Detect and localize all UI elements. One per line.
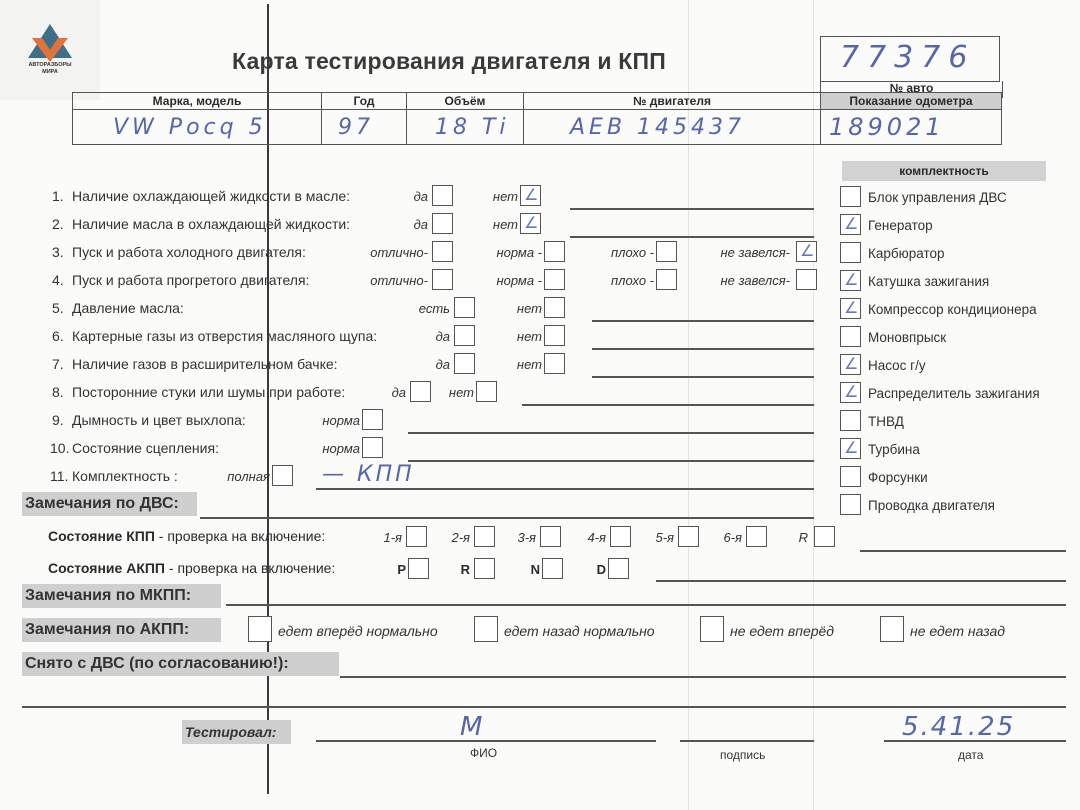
question-label: Наличие газов в расширительном бачке: <box>72 356 338 372</box>
kit-item-label: Форсунки <box>868 470 928 485</box>
make-model-value[interactable]: VW Pocq 5 <box>73 110 322 145</box>
option-checkbox[interactable] <box>454 325 475 346</box>
kit-item-label: Катушка зажигания <box>868 274 989 289</box>
remarks-engine-label: Замечания по ДВС: <box>22 492 197 516</box>
option-label: нет <box>517 301 542 316</box>
kit-item-label: Распределитель зажигания <box>868 386 1040 401</box>
name-line[interactable] <box>316 740 656 742</box>
odometer-value[interactable]: 189021 <box>821 110 1002 145</box>
question-label: Пуск и работа прогретого двигателя: <box>72 272 309 288</box>
option-label: нет <box>449 385 474 400</box>
remarks-auto-label: Замечания по АКПП: <box>22 618 221 642</box>
manual-gearbox-label: Состояние КПП - проверка на включение: <box>48 528 325 544</box>
question-number: 2. <box>52 216 64 232</box>
auto-remark-checkbox[interactable] <box>880 616 904 642</box>
option-checkbox[interactable] <box>544 297 565 318</box>
signature-line[interactable] <box>680 740 814 742</box>
option-checkbox[interactable] <box>362 409 383 430</box>
gear-label: 4-я <box>587 530 606 545</box>
question-label: Картерные газы из отверстия масляного щу… <box>72 328 377 344</box>
option-label: норма - <box>496 273 542 288</box>
kit-checkbox[interactable] <box>840 410 861 431</box>
option-checkbox[interactable] <box>544 269 565 290</box>
auto-remark-label: едет назад нормально <box>504 623 655 639</box>
kit-checkbox[interactable] <box>840 382 861 403</box>
position-checkbox[interactable] <box>408 558 429 579</box>
kit-checkbox[interactable] <box>840 242 861 263</box>
option-label: норма - <box>496 245 542 260</box>
gear-label: R <box>799 530 808 545</box>
auto-gearbox-rest: - проверка на включение: <box>165 560 335 576</box>
question-number: 9. <box>52 412 64 428</box>
kit-checkbox[interactable] <box>840 326 861 347</box>
option-checkbox[interactable] <box>476 381 497 402</box>
option-checkbox[interactable] <box>454 297 475 318</box>
kit-item-label: Блок управления ДВС <box>868 190 1007 205</box>
gear-checkbox[interactable] <box>678 526 699 547</box>
gear-checkbox[interactable] <box>406 526 427 547</box>
option-label: нет <box>517 357 542 372</box>
option-checkbox[interactable] <box>454 353 475 374</box>
question-label: Посторонние стуки или шумы при работе: <box>72 384 345 400</box>
answer-line[interactable] <box>316 488 814 490</box>
position-checkbox[interactable] <box>542 558 563 579</box>
manual-gearbox-bold: Состояние КПП <box>48 528 155 544</box>
auto-remark-label: не едет вперёд <box>730 623 834 639</box>
page-title: Карта тестирования двигателя и КПП <box>232 48 666 75</box>
position-label: N <box>531 562 540 577</box>
option-label: да <box>414 189 428 204</box>
option-label: нет <box>517 329 542 344</box>
option-checkbox[interactable] <box>432 213 453 234</box>
question-label: Пуск и работа холодного двигателя: <box>72 244 306 260</box>
question-label: Давление масла: <box>72 300 184 316</box>
question-number: 7. <box>52 356 64 372</box>
auto-remark-checkbox[interactable] <box>700 616 724 642</box>
remarks-engine-line[interactable] <box>200 517 814 519</box>
question-label: Комплектность : <box>72 468 178 484</box>
gear-checkbox[interactable] <box>814 526 835 547</box>
gear-label: 5-я <box>655 530 674 545</box>
tester-name-value: М <box>460 712 482 742</box>
removed-from-engine-label: Снято с ДВС (по согласованию!): <box>22 652 339 676</box>
question-number: 5. <box>52 300 64 316</box>
auto-gearbox-line[interactable] <box>656 580 1066 582</box>
col-make-model: Марка, модель <box>73 93 322 110</box>
answer-line[interactable] <box>408 432 814 434</box>
answer-line[interactable] <box>592 320 814 322</box>
gear-checkbox[interactable] <box>746 526 767 547</box>
option-checkbox[interactable] <box>432 241 453 262</box>
question-number: 6. <box>52 328 64 344</box>
vehicle-info-table: Марка, модель Год Объём № двигателя Пока… <box>72 92 1002 145</box>
option-checkbox[interactable] <box>656 241 677 262</box>
auto-gearbox-label: Состояние АКПП - проверка на включение: <box>48 560 335 576</box>
kit-item-label: ТНВД <box>868 414 904 429</box>
option-label: нет <box>493 189 518 204</box>
auto-remark-label: не едет назад <box>910 623 1005 639</box>
date-value: 5.41.25 <box>902 712 1015 742</box>
question-label: Дымность и цвет выхлопа: <box>72 412 246 428</box>
kit-item-label: Генератор <box>868 218 933 233</box>
question-number: 1. <box>52 188 64 204</box>
position-label: P <box>397 562 406 577</box>
manual-gearbox-rest: - проверка на включение: <box>155 528 325 544</box>
option-label: плохо - <box>611 245 654 260</box>
kit-checkbox[interactable] <box>840 214 861 235</box>
option-label: да <box>392 385 406 400</box>
logo-text: АВТОРАЗБОРЫ МИРА <box>20 62 80 76</box>
gear-checkbox[interactable] <box>610 526 631 547</box>
auto-remark-checkbox[interactable] <box>474 616 498 642</box>
answer-line[interactable] <box>522 404 814 406</box>
option-label: да <box>436 357 450 372</box>
auto-gearbox-bold: Состояние АКПП <box>48 560 165 576</box>
option-label: да <box>414 217 428 232</box>
kit-item-label: Карбюратор <box>868 246 945 261</box>
question-number: 10. <box>50 440 69 456</box>
answer-line[interactable] <box>592 376 814 378</box>
year-value[interactable]: 97 <box>322 110 407 145</box>
engine-number-value[interactable]: AEB 145437 <box>524 110 821 145</box>
auto-number-value: 77376 <box>840 40 975 75</box>
gear-label: 3-я <box>517 530 536 545</box>
option-checkbox[interactable] <box>432 185 453 206</box>
col-year: Год <box>322 93 407 110</box>
option-label: плохо - <box>611 273 654 288</box>
answer-line[interactable] <box>408 460 814 462</box>
option-checkbox[interactable] <box>656 269 677 290</box>
position-checkbox[interactable] <box>474 558 495 579</box>
option-label: полная <box>227 469 270 484</box>
date-line[interactable] <box>884 740 1066 742</box>
kit-checkbox[interactable] <box>840 494 861 515</box>
answer-line[interactable] <box>570 236 814 238</box>
option-checkbox[interactable] <box>796 269 817 290</box>
option-checkbox[interactable] <box>272 465 293 486</box>
kit-checkbox[interactable] <box>840 186 861 207</box>
tested-by-label: Тестировал: <box>182 720 291 744</box>
question-label: Наличие охлаждающей жидкости в масле: <box>72 188 350 204</box>
position-checkbox[interactable] <box>608 558 629 579</box>
kit-checkbox[interactable] <box>840 298 861 319</box>
option-checkbox[interactable] <box>410 381 431 402</box>
col-engine-number: № двигателя <box>524 93 821 110</box>
gear-label: 2-я <box>451 530 470 545</box>
signature-caption: подпись <box>720 748 765 762</box>
option-label: нет <box>493 217 518 232</box>
auto-remark-label: едет вперёд нормально <box>278 623 438 639</box>
option-label: отлично- <box>370 245 428 260</box>
col-volume: Объём <box>407 93 524 110</box>
kit-checkbox[interactable] <box>840 466 861 487</box>
option-checkbox[interactable] <box>544 353 565 374</box>
remarks-manual-line[interactable] <box>226 604 1066 606</box>
kit-item-label: Проводка двигателя <box>868 498 995 513</box>
answer-line[interactable] <box>592 348 814 350</box>
kit-item-label: Турбина <box>868 442 920 457</box>
question-number: 8. <box>52 384 64 400</box>
gear-label: 6-я <box>723 530 742 545</box>
logo: АВТОРАЗБОРЫ МИРА <box>0 0 100 100</box>
kit-item-label: Моновпрыск <box>868 330 946 345</box>
logo-mark-icon <box>28 24 72 62</box>
option-label: норма <box>322 441 360 456</box>
question-number: 11. <box>50 468 68 484</box>
remarks-manual-label: Замечания по МКПП: <box>22 584 221 608</box>
removed-line[interactable] <box>340 676 1066 678</box>
option-checkbox[interactable] <box>520 213 541 234</box>
option-label: норма <box>322 413 360 428</box>
question-number: 4. <box>52 272 64 288</box>
gear-label: 1-я <box>383 530 402 545</box>
option-label: не завелся- <box>720 273 790 288</box>
answer-line[interactable] <box>570 208 814 210</box>
gear-checkbox[interactable] <box>474 526 495 547</box>
kit-item-label: Насос г/у <box>868 358 926 373</box>
question-label: Состояние сцепления: <box>72 440 219 456</box>
position-label: D <box>597 562 606 577</box>
separator-line <box>22 706 1066 708</box>
option-checkbox[interactable] <box>796 241 817 262</box>
kit-heading: комплектность <box>842 161 1046 181</box>
option-checkbox[interactable] <box>544 241 565 262</box>
option-checkbox[interactable] <box>432 269 453 290</box>
completeness-note: — КПП <box>322 462 415 487</box>
manual-gearbox-line[interactable] <box>860 550 1066 552</box>
date-caption: дата <box>958 748 983 762</box>
position-label: R <box>461 562 470 577</box>
auto-remark-checkbox[interactable] <box>248 616 272 642</box>
option-checkbox[interactable] <box>520 185 541 206</box>
kit-item-label: Компрессор кондиционера <box>868 302 1037 317</box>
question-number: 3. <box>52 244 64 260</box>
question-label: Наличие масла в охлаждающей жидкости: <box>72 216 350 232</box>
option-label: да <box>436 329 450 344</box>
col-odometer: Показание одометра <box>821 93 1002 110</box>
volume-value[interactable]: 18 Ti <box>407 110 524 145</box>
option-checkbox[interactable] <box>362 437 383 458</box>
kit-checkbox[interactable] <box>840 438 861 459</box>
option-label: есть <box>419 301 450 316</box>
kit-checkbox[interactable] <box>840 270 861 291</box>
gear-checkbox[interactable] <box>540 526 561 547</box>
option-label: не завелся- <box>720 245 790 260</box>
name-caption: ФИО <box>470 746 497 760</box>
option-checkbox[interactable] <box>544 325 565 346</box>
kit-checkbox[interactable] <box>840 354 861 375</box>
option-label: отлично- <box>370 273 428 288</box>
